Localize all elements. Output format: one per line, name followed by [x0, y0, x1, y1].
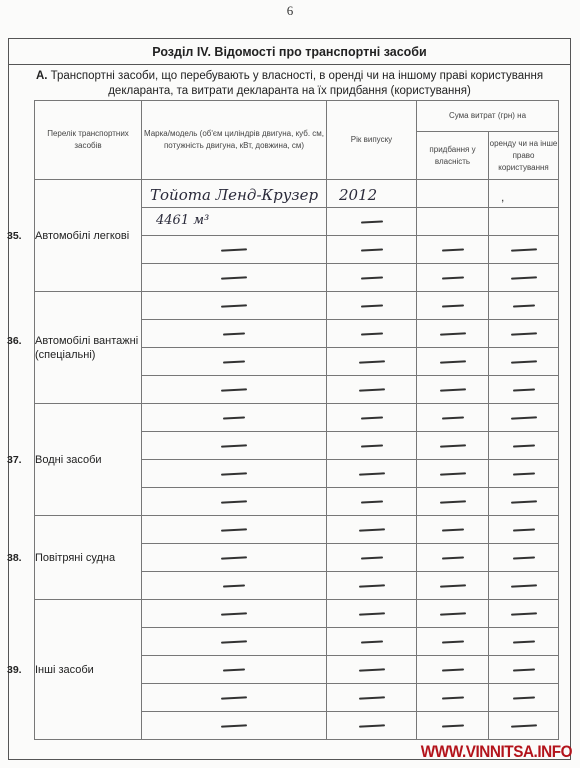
dash-mark — [441, 696, 463, 699]
header-rent: оренду чи на інше право користування — [489, 132, 559, 180]
model-cell — [142, 572, 327, 600]
handwritten-year: 2012 — [339, 186, 377, 204]
model-cell — [142, 712, 327, 740]
dash-mark — [510, 416, 536, 419]
dash-mark — [510, 276, 536, 279]
row-number: 36. — [7, 334, 22, 348]
header-vehicle-list: Перелік транспортних засобів — [35, 101, 142, 180]
dash-mark — [510, 248, 536, 251]
dash-mark — [221, 612, 247, 615]
category-label: Водні засоби — [35, 454, 102, 466]
year-cell — [327, 516, 417, 544]
model-cell — [142, 460, 327, 488]
dash-mark — [441, 248, 463, 251]
dash-mark — [360, 640, 382, 643]
dash-mark — [358, 472, 384, 475]
rent-cell — [489, 348, 559, 376]
purchase-cell — [417, 488, 489, 516]
year-cell — [327, 292, 417, 320]
dash-mark — [358, 668, 384, 671]
handwritten-model: Тойота Ленд-Крузер — [150, 186, 318, 204]
model-cell — [142, 600, 327, 628]
row-number: 37. — [7, 453, 22, 467]
section-title: Розділ IV. Відомості про транспортні зас… — [9, 39, 570, 65]
dash-mark — [360, 220, 382, 223]
row-number: 35. — [7, 229, 22, 243]
dash-mark — [512, 472, 534, 475]
model-cell: Тойота Ленд-Крузер — [142, 180, 327, 208]
header-expenses: Сума витрат (грн) на — [417, 101, 559, 132]
year-cell — [327, 488, 417, 516]
dash-mark — [441, 640, 463, 643]
header-purchase: придбання у власність — [417, 132, 489, 180]
dash-mark — [439, 360, 465, 363]
table-row: 35. Автомобілі легкові Тойота Ленд-Крузе… — [35, 180, 559, 208]
model-cell: 4461 м³ — [142, 208, 327, 236]
dash-mark — [221, 640, 247, 643]
category-label: Інші засоби — [35, 664, 94, 676]
purchase-cell — [417, 348, 489, 376]
purchase-cell — [417, 572, 489, 600]
dash-mark — [512, 528, 534, 531]
model-cell — [142, 656, 327, 684]
model-cell — [142, 264, 327, 292]
model-cell — [142, 544, 327, 572]
dash-mark — [510, 360, 536, 363]
purchase-cell — [417, 656, 489, 684]
purchase-cell — [417, 460, 489, 488]
purchase-cell — [417, 684, 489, 712]
category-water: 37. Водні засоби — [35, 404, 142, 516]
dash-mark — [360, 556, 382, 559]
category-cars: 35. Автомобілі легкові — [35, 180, 142, 292]
purchase-cell — [417, 264, 489, 292]
model-cell — [142, 516, 327, 544]
model-cell — [142, 292, 327, 320]
row-number: 38. — [7, 551, 22, 565]
vehicles-table: Перелік транспортних засобів Марка/модел… — [34, 100, 559, 740]
dash-mark — [223, 584, 245, 587]
purchase-cell — [417, 292, 489, 320]
subsection-letter: А. — [36, 70, 48, 82]
dash-mark — [358, 724, 384, 727]
year-cell — [327, 236, 417, 264]
dash-mark — [441, 528, 463, 531]
rent-cell — [489, 264, 559, 292]
rent-cell — [489, 628, 559, 656]
dash-mark — [358, 528, 384, 531]
model-cell — [142, 488, 327, 516]
rent-cell — [489, 712, 559, 740]
rent-cell — [489, 488, 559, 516]
dash-mark — [512, 696, 534, 699]
table-row: 38. Повітряні судна — [35, 516, 559, 544]
model-cell — [142, 236, 327, 264]
dash-mark — [223, 668, 245, 671]
dash-mark — [441, 724, 463, 727]
category-trucks: 36. Автомобілі вантажні (спеціальні) — [35, 292, 142, 404]
year-cell — [327, 460, 417, 488]
rent-cell — [489, 208, 559, 236]
dash-mark — [510, 584, 536, 587]
rent-cell — [489, 516, 559, 544]
purchase-cell — [417, 628, 489, 656]
model-cell — [142, 432, 327, 460]
dash-mark — [439, 332, 465, 335]
handwritten-volume: 4461 м³ — [156, 213, 209, 228]
purchase-cell — [417, 516, 489, 544]
dash-mark — [221, 276, 247, 279]
dash-mark — [221, 444, 247, 447]
dash-mark — [441, 668, 463, 671]
dash-mark — [360, 444, 382, 447]
rent-cell — [489, 544, 559, 572]
table-row: 36. Автомобілі вантажні (спеціальні) — [35, 292, 559, 320]
pen-mark: , — [501, 190, 504, 204]
dash-mark — [221, 388, 247, 391]
purchase-cell — [417, 600, 489, 628]
rent-cell — [489, 656, 559, 684]
dash-mark — [510, 500, 536, 503]
declaration-section-frame: Розділ IV. Відомості про транспортні зас… — [8, 38, 571, 760]
rent-cell — [489, 684, 559, 712]
dash-mark — [221, 500, 247, 503]
dash-mark — [441, 304, 463, 307]
dash-mark — [439, 388, 465, 391]
table-row: 39. Інші засоби — [35, 600, 559, 628]
rent-cell — [489, 320, 559, 348]
rent-cell — [489, 236, 559, 264]
year-cell — [327, 628, 417, 656]
purchase-cell — [417, 544, 489, 572]
dash-mark — [221, 556, 247, 559]
dash-mark — [439, 444, 465, 447]
dash-mark — [358, 584, 384, 587]
year-cell — [327, 656, 417, 684]
header-model: Марка/модель (об'єм циліндрів двигуна, к… — [142, 101, 327, 180]
dash-mark — [360, 304, 382, 307]
dash-mark — [510, 724, 536, 727]
purchase-cell — [417, 236, 489, 264]
row-number: 39. — [7, 663, 22, 677]
dash-mark — [360, 248, 382, 251]
dash-mark — [221, 248, 247, 251]
dash-mark — [360, 500, 382, 503]
purchase-cell — [417, 180, 489, 208]
purchase-cell — [417, 404, 489, 432]
dash-mark — [510, 612, 536, 615]
subsection-heading: А. Транспортні засоби, що перебувають у … — [9, 65, 570, 99]
model-cell — [142, 348, 327, 376]
header-year: Рік випуску — [327, 101, 417, 180]
dash-mark — [221, 696, 247, 699]
dash-mark — [358, 388, 384, 391]
year-cell — [327, 376, 417, 404]
purchase-cell — [417, 320, 489, 348]
year-cell — [327, 404, 417, 432]
dash-mark — [223, 360, 245, 363]
rent-cell — [489, 432, 559, 460]
dash-mark — [221, 528, 247, 531]
dash-mark — [512, 640, 534, 643]
purchase-cell — [417, 432, 489, 460]
purchase-cell — [417, 712, 489, 740]
year-cell — [327, 572, 417, 600]
category-label: Автомобілі вантажні (спеціальні) — [35, 335, 138, 361]
dash-mark — [360, 332, 382, 335]
dash-mark — [512, 444, 534, 447]
rent-cell — [489, 376, 559, 404]
dash-mark — [358, 696, 384, 699]
model-cell — [142, 628, 327, 656]
model-cell — [142, 684, 327, 712]
rent-cell — [489, 600, 559, 628]
table-row: 37. Водні засоби — [35, 404, 559, 432]
dash-mark — [512, 304, 534, 307]
site-watermark: WWW.VINNITSA.INFO — [421, 742, 572, 762]
model-cell — [142, 320, 327, 348]
dash-mark — [439, 500, 465, 503]
dash-mark — [223, 416, 245, 419]
category-label: Автомобілі легкові — [35, 230, 129, 242]
dash-mark — [441, 556, 463, 559]
year-cell — [327, 208, 417, 236]
rent-cell — [489, 460, 559, 488]
year-cell — [327, 320, 417, 348]
dash-mark — [512, 388, 534, 391]
dash-mark — [439, 472, 465, 475]
dash-mark — [510, 332, 536, 335]
dash-mark — [512, 668, 534, 671]
dash-mark — [221, 472, 247, 475]
year-cell — [327, 432, 417, 460]
year-cell — [327, 712, 417, 740]
rent-cell: , — [489, 180, 559, 208]
dash-mark — [360, 416, 382, 419]
category-aircraft: 38. Повітряні судна — [35, 516, 142, 600]
dash-mark — [360, 276, 382, 279]
year-cell — [327, 600, 417, 628]
page-number: 6 — [0, 3, 580, 19]
rent-cell — [489, 572, 559, 600]
year-cell — [327, 348, 417, 376]
dash-mark — [358, 360, 384, 363]
year-cell — [327, 684, 417, 712]
dash-mark — [221, 724, 247, 727]
dash-mark — [439, 612, 465, 615]
dash-mark — [439, 584, 465, 587]
dash-mark — [441, 416, 463, 419]
dash-mark — [512, 556, 534, 559]
purchase-cell — [417, 376, 489, 404]
dash-mark — [358, 612, 384, 615]
purchase-cell — [417, 208, 489, 236]
year-cell — [327, 544, 417, 572]
dash-mark — [223, 332, 245, 335]
model-cell — [142, 376, 327, 404]
year-cell — [327, 264, 417, 292]
model-cell — [142, 404, 327, 432]
dash-mark — [221, 304, 247, 307]
category-other: 39. Інші засоби — [35, 600, 142, 740]
rent-cell — [489, 404, 559, 432]
category-label: Повітряні судна — [35, 552, 115, 564]
dash-mark — [441, 276, 463, 279]
rent-cell — [489, 292, 559, 320]
subsection-text: Транспортні засоби, що перебувають у вла… — [51, 70, 543, 97]
year-cell: 2012 — [327, 180, 417, 208]
